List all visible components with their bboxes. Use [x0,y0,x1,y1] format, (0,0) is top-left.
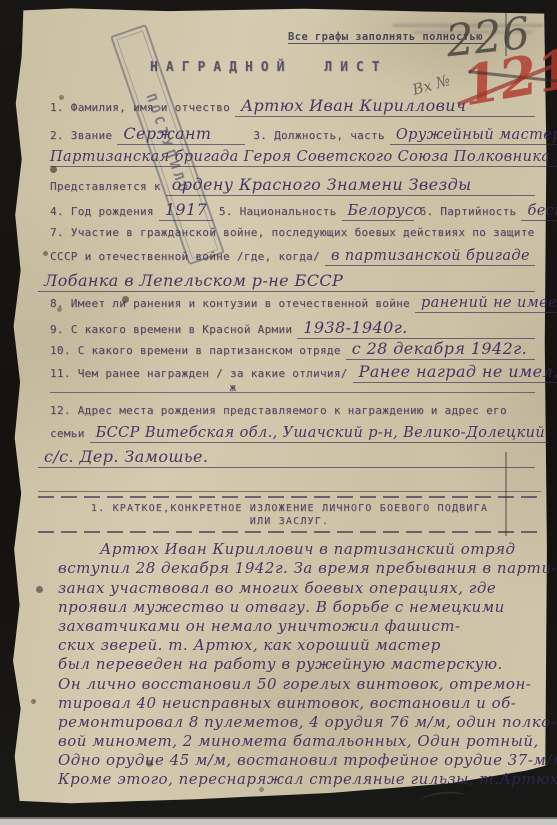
narrative-line: захватчиками он немало уничтожил фашист- [58,617,543,635]
narrative-line: тировал 40 неисправных винтовок, востано… [58,694,543,712]
field-nominated-for: Представляется к ордену Красного Знамени… [50,175,535,196]
field-war-value-2: Лобанка в Лепельском р-не БССР [38,271,535,292]
scan-edge-strip [0,817,557,825]
field-address-value-2: с/с. Дер. Замошье. [38,447,535,468]
document-title: НАГРАДНОЙ ЛИСТ [150,60,388,75]
field-wounds: 8. Имеет ли ранения и контузии в отечест… [50,295,535,313]
separator-solid [38,491,541,492]
field-war-participation: 7. Участие в гражданской войне, последую… [50,226,535,239]
field-nationality-label: 5. Национальность [213,205,342,218]
field-red-army-value: 1938-1940г. [297,318,535,339]
field-unit: Партизанская бригада Героя Советского Со… [50,149,535,167]
field-war-value-1: в партизанской бригаде [325,248,535,266]
field-partisan-since: 10. С какого времени в партизанском отря… [50,339,535,360]
field-wounds-label: 8. Имеет ли ранения и контузии в отечест… [50,297,415,310]
scanned-award-sheet: Все графы заполнять полностью ПОСТУПИЛО … [0,0,557,825]
registry-prefix-pencil: Вх № [410,71,452,99]
field-nationality-value: Белорусс [342,203,414,221]
field-address-2: семьи БССР Витебская обл., Ушачский р-н,… [50,425,535,443]
field-address-3: с/с. Дер. Замошье. [38,447,535,468]
continuation-mark: ж [229,381,241,394]
section-heading-line-2: ИЛИ ЗАСЛУГ. [40,516,539,527]
field-war-label-2: СССР и отечественной войне /где, когда/ [50,250,325,263]
field-war-participation-2: СССР и отечественной войне /где, когда/ … [50,248,535,266]
field-position-value: Оружейный мастер [390,127,557,145]
field-address-value-1: БССР Витебская обл., Ушачский р-н, Велик… [90,425,549,443]
separator-dashed-top [38,496,541,498]
separator-dashed-bottom [38,531,541,533]
narrative-line: ских зверей. т. Артюх, как хороший масте… [58,636,543,654]
field-partisan-label: 10. С какого времени в партизанском отря… [50,344,346,357]
field-name-label: 1. Фамилия, имя и отчество [50,101,235,114]
fold-crease [505,452,507,536]
field-party-label: 6. Партийность [414,205,522,218]
section-heading-line-1: 1. КРАТКОЕ,КОНКРЕТНОЕ ИЗЛОЖЕНИЕ ЛИЧНОГО … [40,503,539,514]
narrative-line: проявил мужество и отвагу. В борьбе с не… [58,598,543,616]
narrative-line: ремонтировал 8 пулеметов, 4 орудия 76 м/… [58,713,543,731]
field-nominated-label: Представляется к [50,180,166,193]
field-rank-position: 2. Звание Сержант 3. Должность, часть Ор… [50,124,535,145]
continuation-line: ж [50,378,535,393]
field-address: 12. Адрес места рождения представляемого… [50,404,535,417]
field-birthyear-value: 1917 [159,200,213,221]
field-nominated-value: ордену Красного Знамени Звезды [166,175,535,196]
field-red-army-label: 9. С какого времени в Красной Армии [50,323,297,336]
field-red-army-since: 9. С какого времени в Красной Армии 1938… [50,318,535,339]
field-position-label: 3. Должность, часть [245,129,390,142]
field-address-label-2: семьи [50,427,90,440]
field-war-participation-3: Лобанка в Лепельском р-не БССР [38,271,535,292]
field-wounds-value: ранений не имеет [415,295,557,313]
narrative-line: вступил 28 декабря 1942г. За время пребы… [58,559,543,577]
narrative-line: Артюх Иван Кириллович в партизанский отр… [58,540,543,558]
narrative-line: вой миномет, 2 миномета батальонных, Оди… [58,732,543,750]
field-rank-value: Сержант [117,124,245,145]
narrative-line: Одно орудие 45 м/м, востановил трофейное… [58,751,543,769]
document-content: Все графы заполнять полностью ПОСТУПИЛО … [0,0,557,825]
narrative-line: был переведен на работу в ружейную масте… [58,655,543,673]
field-unit-value: Партизанская бригада Героя Советского Со… [50,149,557,167]
field-war-label-1: 7. Участие в гражданской войне, последую… [50,226,540,239]
narrative-line: Он лично восстановил 50 горелых винтовок… [58,675,543,693]
narrative-line: Кроме этого, переснаряжал стреляные гиль… [58,770,543,788]
field-partisan-value: с 28 декабря 1942г. [346,339,535,360]
narrative-line: занах участвовал во многих боевых операц… [58,579,543,597]
field-rank-label: 2. Звание [50,129,117,142]
field-address-label-1: 12. Адрес места рождения представляемого… [50,404,512,417]
pencil-squiggle [419,790,466,809]
field-birthyear-label: 4. Год рождения [50,205,159,218]
field-birth-nationality-party: 4. Год рождения 1917 5. Национальность Б… [50,200,535,221]
field-party-value: беспарт. [521,203,557,221]
registry-number-pencil: 226 [444,12,532,65]
